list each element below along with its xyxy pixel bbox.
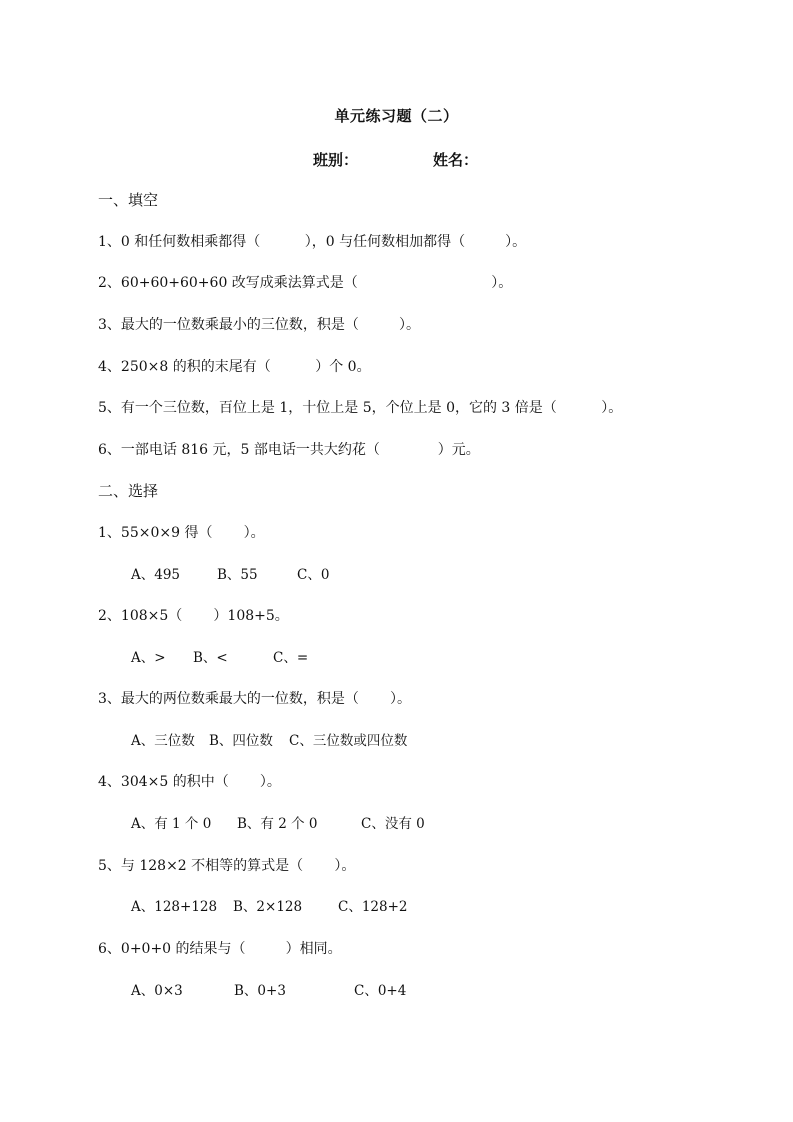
choice-1-option-c: C、0 (297, 565, 329, 585)
name-label: 姓名： (433, 149, 478, 170)
choice-2-option-a: A、> (131, 648, 166, 668)
fill-question-2: 2、60+60+60+60 改写成乘法算式是（ ）。 (98, 273, 512, 293)
section-heading-fill-blank: 一、填空 (98, 190, 158, 210)
class-label: 班别： (313, 149, 358, 170)
choice-4-option-c: C、没有 0 (361, 814, 425, 834)
choice-3-option-b: B、四位数 (209, 731, 273, 751)
choice-1-option-b: B、55 (217, 565, 258, 585)
choice-3-option-c: C、三位数或四位数 (289, 731, 407, 751)
choice-5-option-a: A、128+128 (131, 897, 217, 917)
choice-6-option-b: B、0+3 (234, 981, 286, 1001)
fill-question-1: 1、0 和任何数相乘都得（ ），0 与任何数相加都得（ ）。 (98, 232, 526, 252)
choice-5-option-c: C、128+2 (338, 897, 408, 917)
choice-2-option-b: B、< (193, 648, 228, 668)
choice-question-3: 3、最大的两位数乘最大的一位数，积是（ ）。 (98, 689, 411, 709)
fill-question-6: 6、一部电话 816 元，5 部电话一共大约花（ ）元。 (98, 440, 480, 460)
choice-1-option-a: A、495 (131, 565, 180, 585)
choice-6-option-c: C、0+4 (354, 981, 406, 1001)
fill-question-5: 5、有一个三位数，百位上是 1，十位上是 5，个位上是 0，它的 3 倍是（ ）… (98, 398, 622, 418)
choice-4-option-a: A、有 1 个 0 (131, 814, 211, 834)
choice-question-2: 2、108×5（ ）108+5。 (98, 606, 289, 626)
choice-question-1: 1、55×0×9 得（ ）。 (98, 523, 265, 543)
choice-question-5: 5、与 128×2 不相等的算式是（ ）。 (98, 856, 355, 876)
fill-question-3: 3、最大的一位数乘最小的三位数，积是（ ）。 (98, 315, 420, 335)
choice-question-6: 6、0+0+0 的结果与（ ）相同。 (98, 939, 342, 959)
choice-5-option-b: B、2×128 (233, 897, 302, 917)
choice-6-option-a: A、0×3 (131, 981, 183, 1001)
worksheet-page: 单元练习题（二） 班别： 姓名： 一、填空 1、0 和任何数相乘都得（ ），0 … (0, 0, 793, 1122)
page-title: 单元练习题（二） (0, 105, 793, 126)
fill-question-4: 4、250×8 的积的末尾有（ ）个 0。 (98, 357, 371, 377)
choice-2-option-c: C、= (273, 648, 308, 668)
choice-question-4: 4、304×5 的积中（ ）。 (98, 772, 281, 792)
choice-4-option-b: B、有 2 个 0 (237, 814, 317, 834)
section-heading-choice: 二、选择 (98, 481, 158, 501)
choice-3-option-a: A、三位数 (131, 731, 195, 751)
